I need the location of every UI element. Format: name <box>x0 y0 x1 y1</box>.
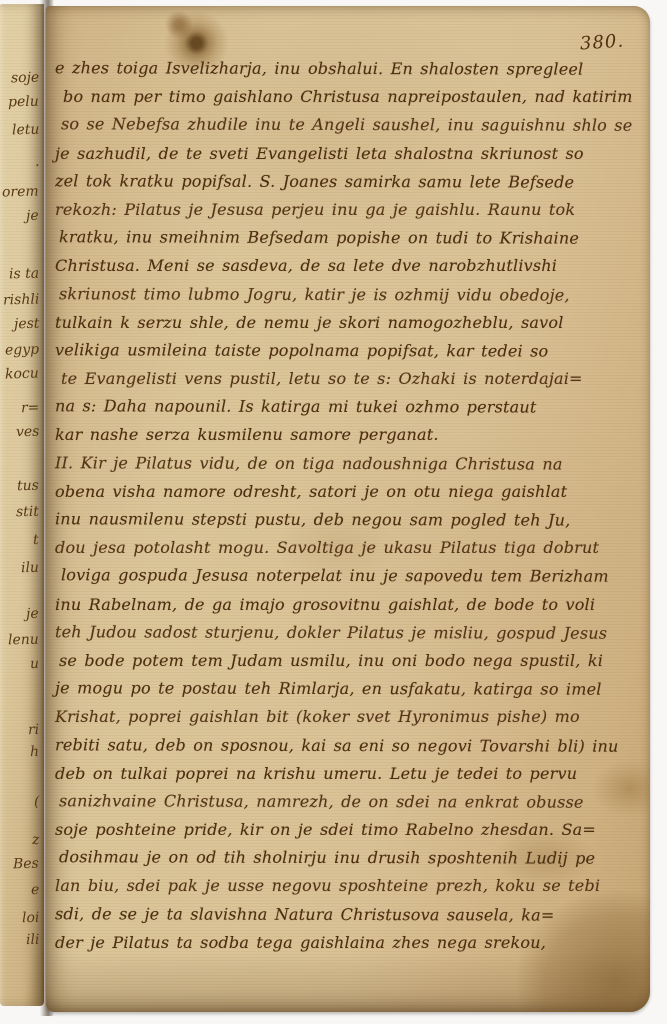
left-edge-fragment: kocu <box>5 366 39 383</box>
manuscript-line: se bode potem tem Judam usmilu, inu oni … <box>55 647 643 675</box>
manuscript-line: e zhes toiga Isvelizharja, inu obshalui.… <box>55 54 643 84</box>
left-edge-fragment: lenu <box>8 632 39 649</box>
page-number: 380. <box>579 30 624 54</box>
manuscript-line: kar nashe serza kusmilenu samore pergana… <box>55 421 643 449</box>
left-edge-fragment: z <box>31 832 39 848</box>
manuscript-line: inu nausmilenu stepsti pustu, deb negou … <box>55 505 643 535</box>
manuscript-line: dosihmau je on od tih sholnirju inu drus… <box>55 843 643 873</box>
manuscript-line: inu Rabelnam, de ga imajo grosovitnu gai… <box>55 591 643 619</box>
manuscript-line: obena visha namore odresht, satori je on… <box>55 478 643 506</box>
left-edge-fragment: ri <box>28 722 40 738</box>
left-edge-fragment: u <box>30 656 39 672</box>
left-edge-fragment: tus <box>17 478 39 495</box>
manuscript-line: II. Kir je Pilatus vidu, de on tiga nado… <box>55 449 643 479</box>
left-edge-fragment: je <box>26 208 39 224</box>
left-edge-fragment: ili <box>25 932 39 948</box>
manuscript-line: te Evangelisti vens pustil, letu so te s… <box>55 365 643 393</box>
manuscript-line: zel tok kratku popifsal. S. Joanes samir… <box>55 167 643 197</box>
left-edge-fragment: orem <box>2 184 39 201</box>
manuscript-line: Christusa. Meni se sasdeva, de sa lete d… <box>55 252 643 280</box>
manuscript-line: je sazhudil, de te sveti Evangelisti let… <box>55 140 643 168</box>
left-edge-fragment: egyp <box>5 342 40 359</box>
left-edge-fragment: loi <box>21 910 39 926</box>
manuscript-line: na s: Daha napounil. Is katirga mi tukei… <box>55 392 643 422</box>
left-edge-fragment: ves <box>15 424 39 441</box>
left-edge-fragment: je <box>26 606 39 622</box>
manuscript-line: loviga gospuda Jesusa noterpelat inu je … <box>55 562 643 592</box>
manuscript-line: rekozh: Pilatus je Jesusa perjeu inu ga … <box>55 196 643 224</box>
left-edge-fragment: h <box>30 744 39 760</box>
left-edge-fragment: e <box>30 882 39 898</box>
left-edge-fragment: is ta <box>9 266 40 283</box>
left-edge-fragment: jest <box>13 316 39 333</box>
manuscript-line: lan biu, sdei pak je usse negovu sposhte… <box>55 872 643 900</box>
left-edge-fragment: letu <box>11 122 39 139</box>
left-edge-fragment: ( <box>33 794 39 810</box>
left-edge-fragment: rishli <box>2 292 39 309</box>
manuscript-line: teh Judou sadost sturjenu, dokler Pilatu… <box>55 618 643 648</box>
manuscript-line: so se Nebefsa zhudile inu te Angeli saus… <box>55 111 643 141</box>
manuscript-line: rebiti satu, deb on sposnou, kai sa eni … <box>55 731 643 761</box>
manuscript-text-block: e zhes toiga Isvelizharja, inu obshalui.… <box>55 55 643 957</box>
manuscript-line: skriunost timo lubmo Jogru, katir je is … <box>55 280 643 310</box>
previous-page-edge: soje pelu letu . orem je is ta rishli je… <box>0 4 44 1006</box>
manuscript-line: bo nam per timo gaishlano Christusa napr… <box>55 83 643 111</box>
left-edge-fragment: . <box>34 154 39 170</box>
manuscript-line: dou jesa potolasht mogu. Savoltiga je uk… <box>55 534 643 562</box>
manuscript-line: sdi, de se je ta slavishna Natura Christ… <box>55 900 643 930</box>
manuscript-line: soje poshteine pride, kir on je sdei tim… <box>55 816 643 844</box>
manuscript-line: Krishat, poprei gaishlan bit (koker svet… <box>55 703 643 731</box>
manuscript-line: der je Pilatus ta sodba tega gaishlaina … <box>55 929 643 957</box>
manuscript-page: 380. e zhes toiga Isvelizharja, inu obsh… <box>46 6 650 1012</box>
left-edge-fragment: soje <box>11 70 40 87</box>
manuscript-scan: soje pelu letu . orem je is ta rishli je… <box>0 0 667 1024</box>
left-edge-fragment: stit <box>16 504 39 521</box>
manuscript-line: deb on tulkai poprei na krishu umeru. Le… <box>55 760 643 788</box>
left-edge-fragment: pelu <box>8 94 39 111</box>
manuscript-line: sanizhvaine Christusa, namrezh, de on sd… <box>55 787 643 817</box>
manuscript-line: kratku, inu smeihnim Befsedam popishe on… <box>55 223 643 253</box>
left-edge-fragment: Bes <box>13 856 39 873</box>
left-edge-fragment: t <box>33 532 39 548</box>
left-edge-fragment: ilu <box>21 560 39 576</box>
left-edge-fragment: r= <box>20 400 39 416</box>
manuscript-line: je mogu po te postau teh Rimlarja, en us… <box>55 674 643 704</box>
manuscript-line: velikiga usmileina taiste popolnama popi… <box>55 336 643 366</box>
manuscript-line: tulkain k serzu shle, de nemu je skori n… <box>55 309 643 337</box>
page-bottom-shading <box>46 952 650 1012</box>
